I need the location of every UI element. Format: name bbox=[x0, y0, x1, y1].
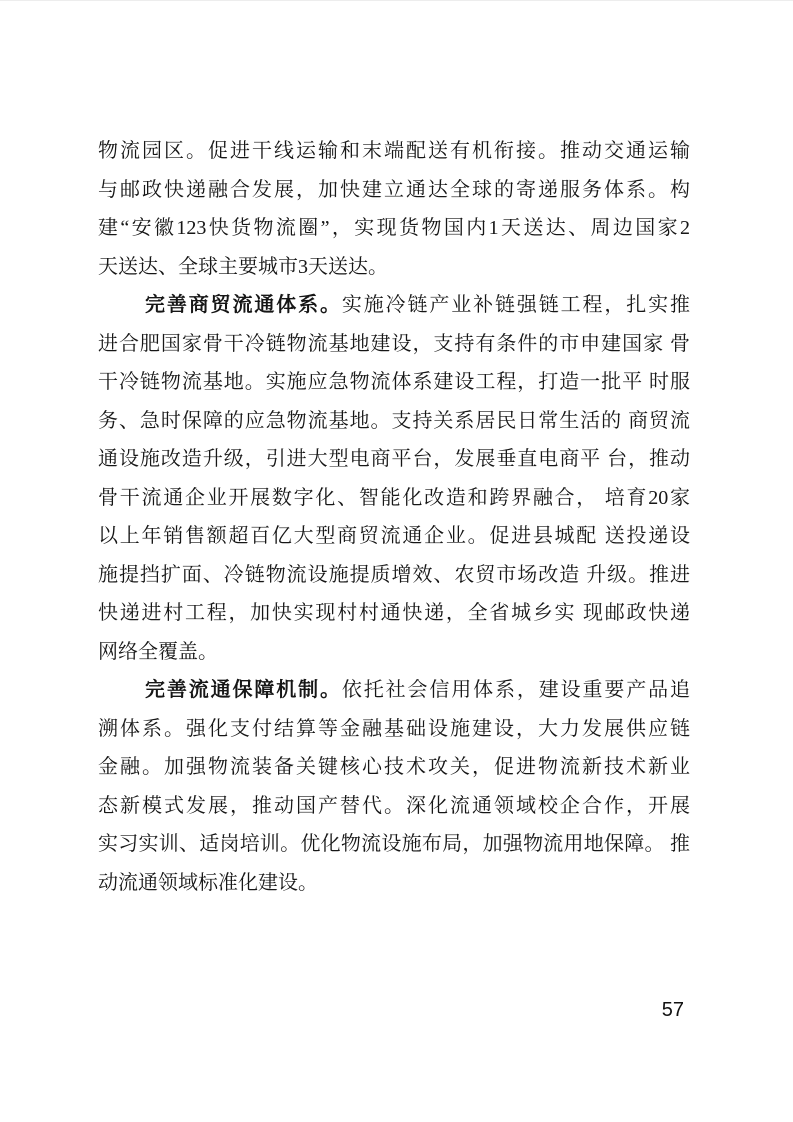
text-line: 快递进村工程，加快实现村村通快递，全省城乡实 现邮政快递 bbox=[98, 594, 690, 633]
text-line: 物流园区。促进干线运输和末端配送有机衔接。推动交通运输 bbox=[98, 132, 690, 171]
line-text: 依托社会信用体系，建设重要产品追 bbox=[342, 679, 690, 701]
paragraph-transport-logistics: 物流园区。促进干线运输和末端配送有机衔接。推动交通运输 与邮政快递融合发展，加快… bbox=[98, 132, 690, 286]
section-heading-bold: 完善商贸流通体系。 bbox=[145, 294, 342, 316]
text-line: 完善流通保障机制。依托社会信用体系，建设重要产品追 bbox=[98, 671, 690, 710]
text-line: 务、急时保障的应急物流基地。支持关系居民日常生活的 商贸流 bbox=[98, 402, 690, 441]
text-line: 实习实训、适岗培训。优化物流设施布局，加强物流用地保障。 推 bbox=[98, 825, 690, 864]
text-line: 溯体系。强化支付结算等金融基础设施建设，大力发展供应链 bbox=[98, 710, 690, 749]
page-number: 57 bbox=[98, 999, 690, 1022]
text-line: 进合肥国家骨干冷链物流基地建设，支持有条件的市申建国家 骨 bbox=[98, 325, 690, 364]
paragraph-commerce-circulation: 完善商贸流通体系。实施冷链产业补链强链工程，扎实推 进合肥国家骨干冷链物流基地建… bbox=[98, 286, 690, 671]
text-line: 网络全覆盖。 bbox=[98, 633, 690, 672]
text-line: 骨干流通企业开展数字化、智能化改造和跨界融合， 培育20家 bbox=[98, 479, 690, 518]
text-line: 干冷链物流基地。实施应急物流体系建设工程，打造一批平 时服 bbox=[98, 363, 690, 402]
paragraph-circulation-safeguard: 完善流通保障机制。依托社会信用体系，建设重要产品追 溯体系。强化支付结算等金融基… bbox=[98, 671, 690, 902]
text-line: 天送达、全球主要城市3天送达。 bbox=[98, 248, 690, 287]
text-line: 动流通领域标准化建设。 bbox=[98, 864, 690, 903]
text-line: 与邮政快递融合发展，加快建立通达全球的寄递服务体系。构 bbox=[98, 171, 690, 210]
text-line: 通设施改造升级，引进大型电商平台，发展垂直电商平 台，推动 bbox=[98, 440, 690, 479]
text-line: 态新模式发展，推动国产替代。深化流通领域校企合作，开展 bbox=[98, 787, 690, 826]
line-text: 实施冷链产业补链强链工程，扎实推 bbox=[342, 294, 690, 316]
document-page: 物流园区。促进干线运输和末端配送有机衔接。推动交通运输 与邮政快递融合发展，加快… bbox=[0, 0, 793, 1122]
text-line: 金融。加强物流装备关键核心技术攻关，促进物流新技术新业 bbox=[98, 748, 690, 787]
text-line: 完善商贸流通体系。实施冷链产业补链强链工程，扎实推 bbox=[98, 286, 690, 325]
page-body: 物流园区。促进干线运输和末端配送有机衔接。推动交通运输 与邮政快递融合发展，加快… bbox=[98, 132, 690, 902]
text-line: 建“安徽123快货物流圈”，实现货物国内1天送达、周边国家2 bbox=[98, 209, 690, 248]
text-line: 施提挡扩面、冷链物流设施提质增效、农贸市场改造 升级。推进 bbox=[98, 556, 690, 595]
text-line: 以上年销售额超百亿大型商贸流通企业。促进县城配 送投递设 bbox=[98, 517, 690, 556]
section-heading-bold: 完善流通保障机制。 bbox=[145, 679, 342, 701]
